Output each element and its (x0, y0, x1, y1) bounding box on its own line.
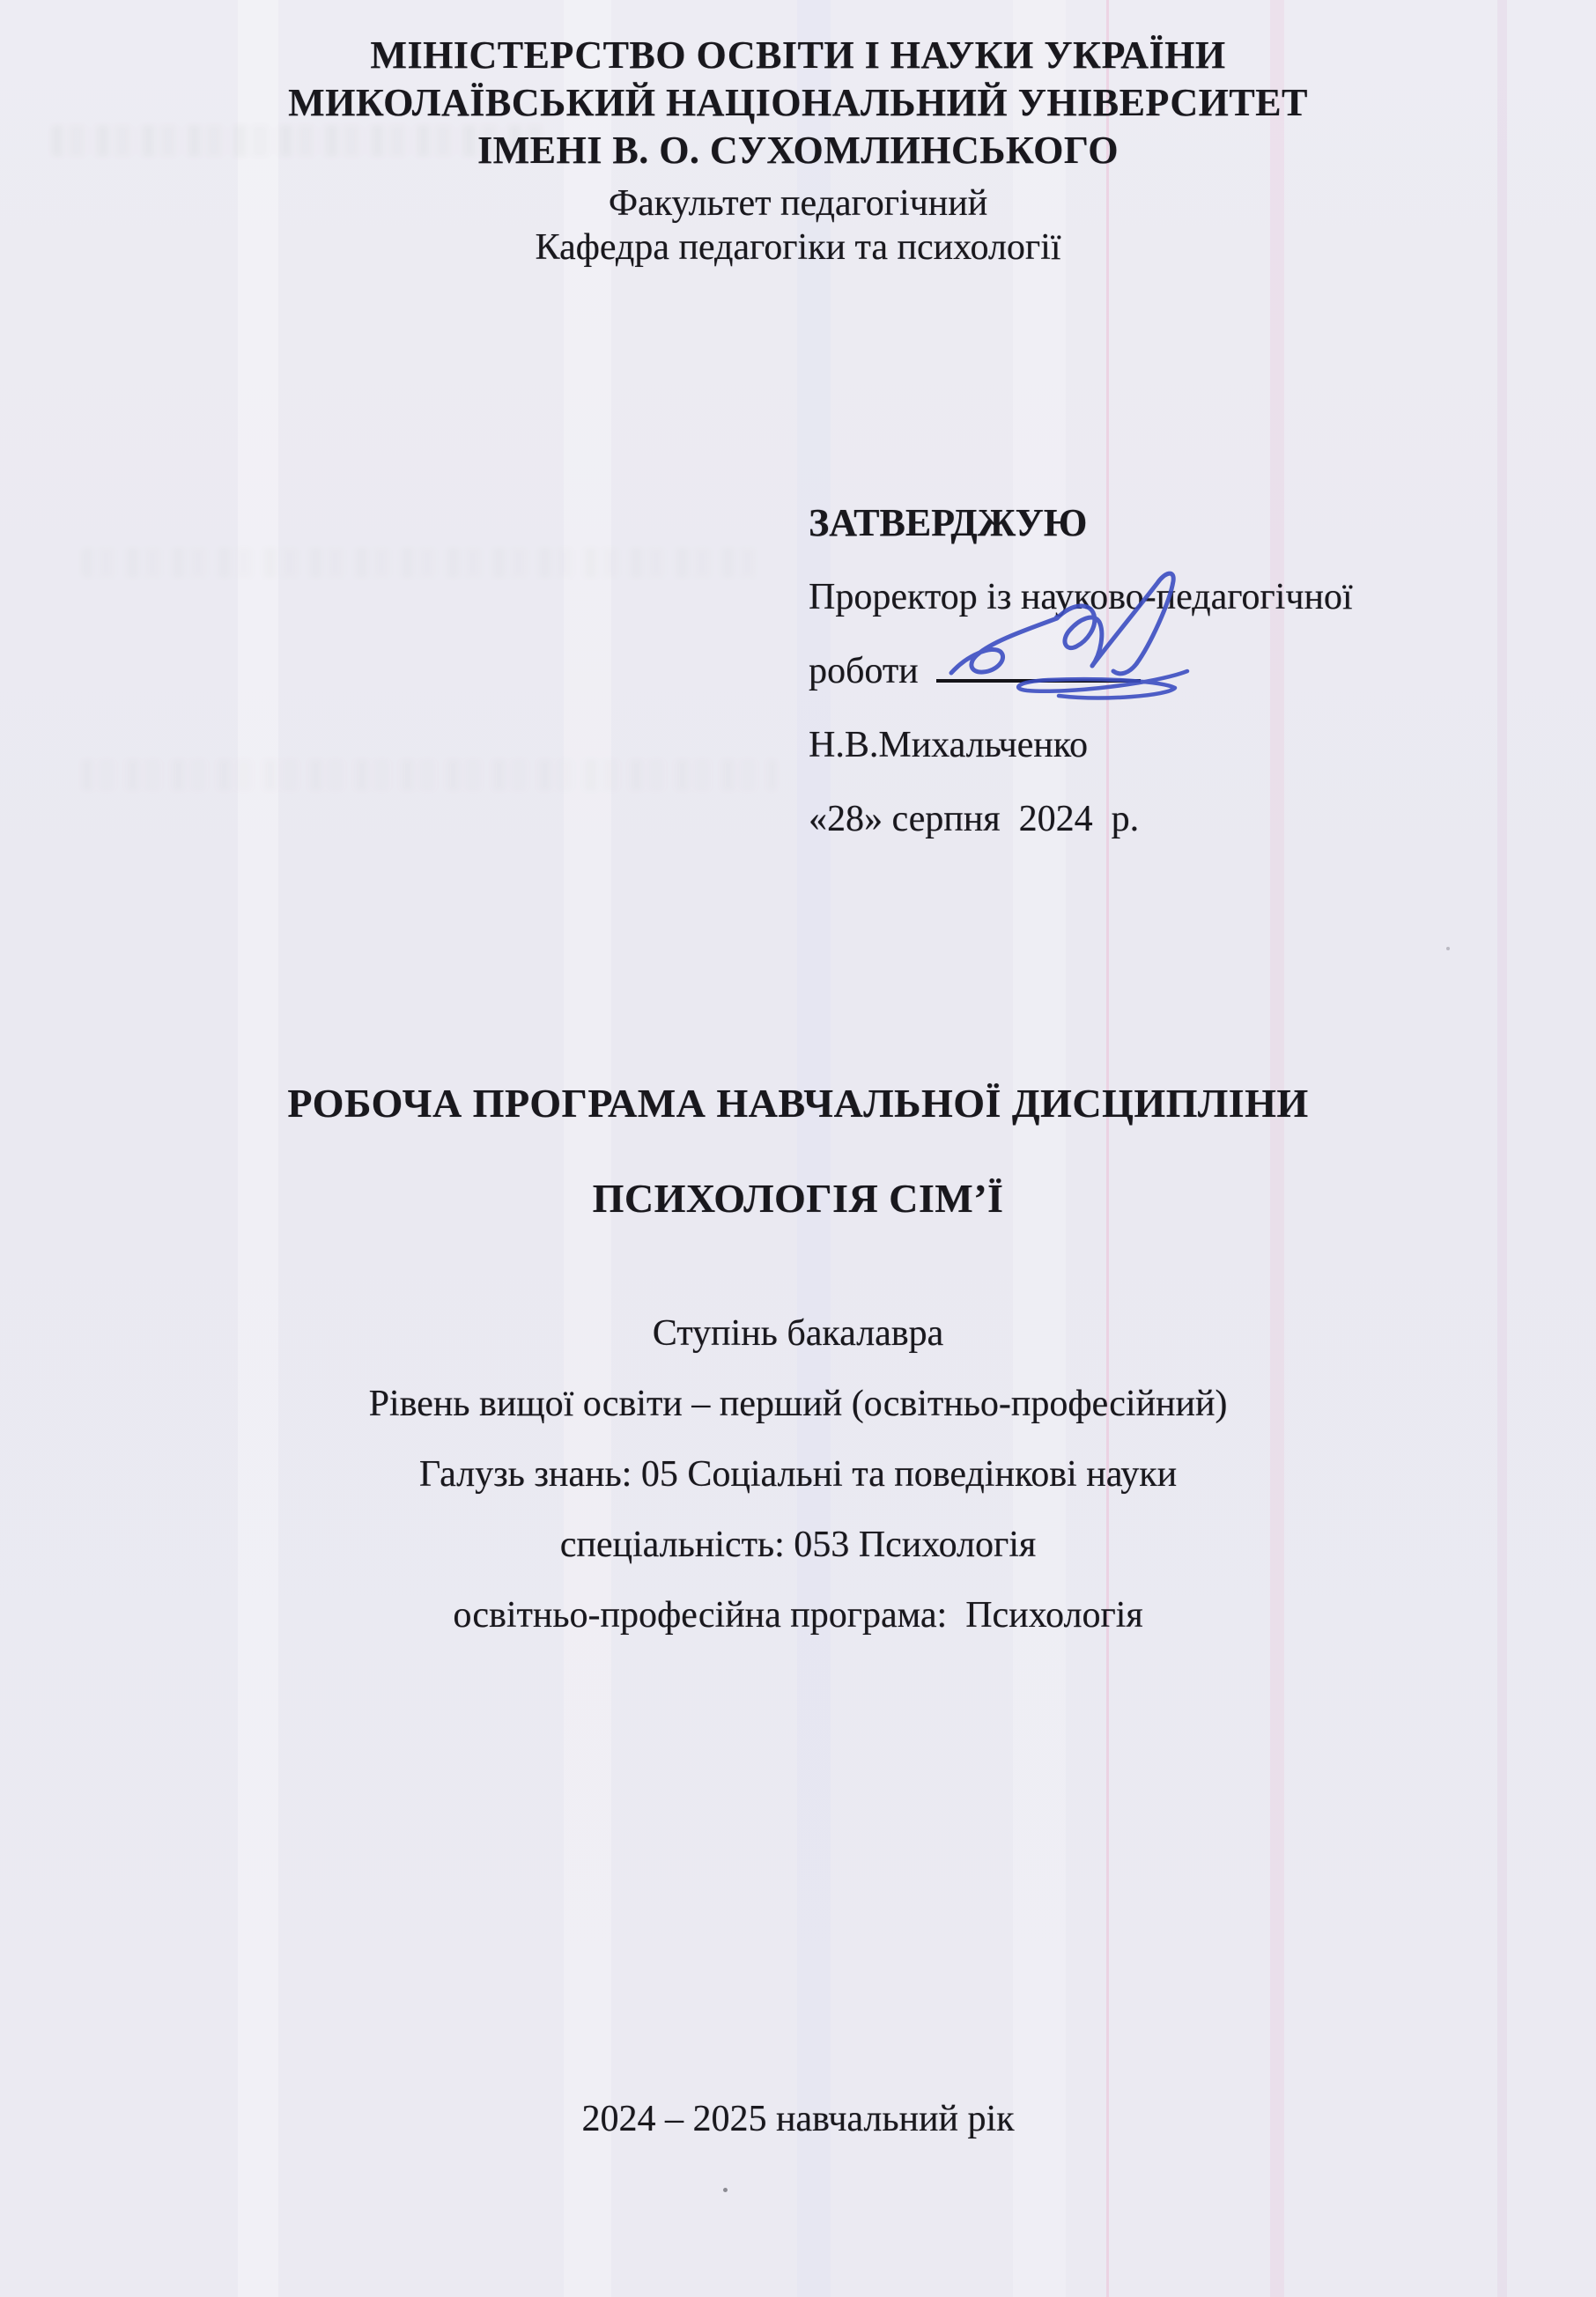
program-line: освітньо-професійна програма: Психологія (0, 1580, 1596, 1651)
university-header: МІНІСТЕРСТВО ОСВІТИ І НАУКИ УКРАЇНИ МИКО… (0, 32, 1596, 270)
paper-speck (723, 2188, 728, 2192)
approver-title-line2-row: роботи (809, 634, 1478, 708)
study-details: Ступінь бакалавра Рівень вищої освіти – … (0, 1298, 1596, 1651)
academic-year-footer: 2024 – 2025 навчальний рік (0, 2098, 1596, 2140)
academic-year: 2024 – 2025 навчальний рік (581, 2099, 1014, 2139)
document-page: МІНІСТЕРСТВО ОСВІТИ І НАУКИ УКРАЇНИ МИКО… (0, 0, 1596, 2297)
degree-line: Ступінь бакалавра (0, 1298, 1596, 1369)
knowledge-field-line: Галузь знань: 05 Соціальні та поведінков… (0, 1439, 1596, 1510)
approval-heading: ЗАТВЕРДЖУЮ (809, 486, 1478, 560)
title-line1: РОБОЧА ПРОГРАМА НАВЧАЛЬНОЇ ДИСЦИПЛІНИ (0, 1082, 1596, 1126)
approval-block: ЗАТВЕРДЖУЮ Проректор із науково-педагогі… (809, 486, 1478, 856)
paper-speck (1446, 947, 1450, 950)
bleed-through-smudge (81, 548, 759, 578)
university-name-line: ІМЕНІ В. О. СУХОМЛИНСЬКОГО (0, 127, 1596, 174)
education-level-line: Рівень вищої освіти – перший (освітньо-п… (0, 1369, 1596, 1439)
approver-title-line2: роботи (809, 651, 919, 691)
department-line: Кафедра педагогіки та психології (0, 225, 1596, 270)
title-line2: ПСИХОЛОГІЯ СІМ’Ї (0, 1177, 1596, 1221)
approver-title-line1: Проректор із науково-педагогічної (809, 560, 1478, 634)
specialty-line: спеціальність: 053 Психологія (0, 1510, 1596, 1580)
faculty-line: Факультет педагогічний (0, 181, 1596, 225)
signature-line (936, 642, 1141, 683)
approver-name: Н.В.Михальченко (809, 708, 1478, 782)
university-line: МИКОЛАЇВСЬКИЙ НАЦІОНАЛЬНИЙ УНІВЕРСИТЕТ (0, 79, 1596, 127)
ministry-line: МІНІСТЕРСТВО ОСВІТИ І НАУКИ УКРАЇНИ (0, 32, 1596, 79)
document-title: РОБОЧА ПРОГРАМА НАВЧАЛЬНОЇ ДИСЦИПЛІНИ ПС… (0, 1082, 1596, 1221)
bleed-through-smudge (81, 759, 777, 791)
approval-date: «28» серпня 2024 р. (809, 782, 1478, 856)
